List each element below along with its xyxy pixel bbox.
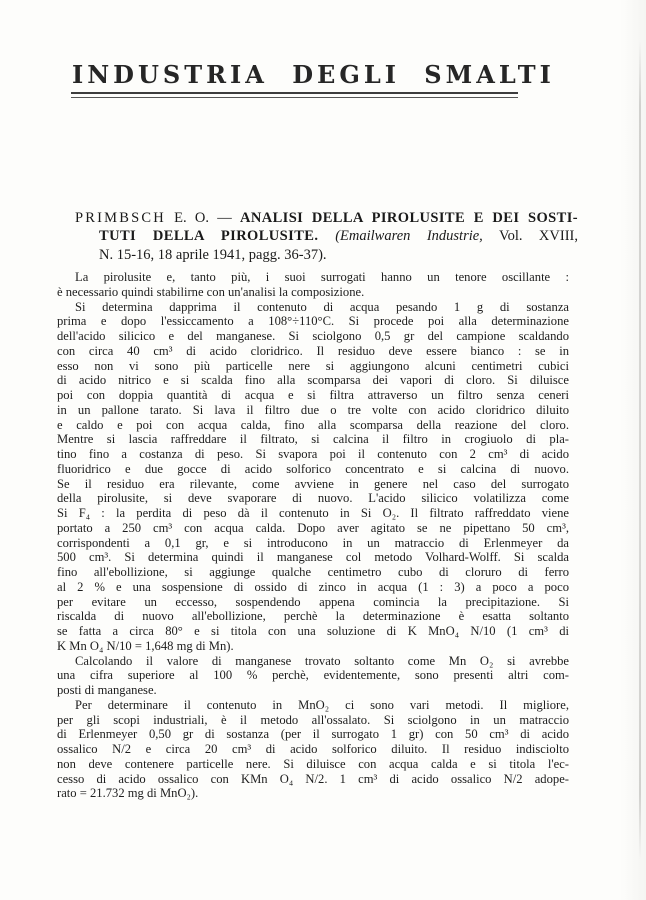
text-line: ossalico N/2 e circa 20 cm³ di acido sol…	[57, 742, 569, 757]
paragraph: Per determinare il contenuto in MnO₂ ci …	[57, 698, 569, 801]
text-line: poi con doppia quantità di acqua e si fi…	[57, 388, 569, 403]
text-line: di acido nitrico e si scalda fino alla s…	[57, 373, 569, 388]
reference-text-segment: PRIMBSCH	[75, 210, 166, 226]
text-line: in un pallone tarato. Si lava il filtro …	[57, 403, 569, 418]
reference-text-segment: E. O. —	[166, 210, 240, 226]
text-line: Se il residuo era rilevante, come avvien…	[57, 477, 569, 492]
text-line: se fatta a circa 80° e si titola con una…	[57, 624, 569, 639]
text-line: Calcolando il valore di manganese trovat…	[57, 654, 569, 669]
text-line: è necessario quindi stabilirne con un'an…	[57, 285, 569, 300]
text-line: fino all'ebollizione, si aggiunge qualch…	[57, 565, 569, 580]
text-line: della pirolusite, si deve svaporare di n…	[57, 491, 569, 506]
text-line: dell'acido silicico e del manganese. Si …	[57, 329, 569, 344]
text-line: Si determina dapprima il contenuto di ac…	[57, 300, 569, 315]
text-line: con circa 40 cm³ di acido cloridrico. Il…	[57, 344, 569, 359]
text-line: fluoridrico e due gocce di acido solfori…	[57, 462, 569, 477]
text-line: tino fino a costanza di peso. Si svapora…	[57, 447, 569, 462]
reference-line: N. 15-16, 18 aprile 1941, pagg. 36-37).	[75, 246, 578, 264]
scan-edge-artifact	[639, 40, 641, 860]
text-line: non deve contenere particelle nere. Si d…	[57, 757, 569, 772]
reference-line: PRIMBSCH E. O. — ANALISI DELLA PIROLUSIT…	[75, 209, 578, 227]
reference-text-segment: Vol. XVIII,	[483, 228, 578, 244]
paragraph: Si determina dapprima il contenuto di ac…	[57, 300, 569, 654]
text-line: prima e dopo l'essiccamento a 108°÷110°C…	[57, 314, 569, 329]
article-reference: PRIMBSCH E. O. — ANALISI DELLA PIROLUSIT…	[75, 209, 578, 264]
text-line: 500 cm³. Si determina quindi il manganes…	[57, 550, 569, 565]
text-line: La pirolusite e, tanto più, i suoi surro…	[57, 270, 569, 285]
title-double-rule	[71, 92, 518, 98]
text-line: per evitare un eccesso, sospendendo appe…	[57, 595, 569, 610]
journal-title: INDUSTRIA DEGLI SMALTI	[72, 60, 518, 89]
text-line: una cifra superiore al 100 % perchè, evi…	[57, 668, 569, 683]
scanned-page: INDUSTRIA DEGLI SMALTI PRIMBSCH E. O. — …	[0, 0, 646, 900]
text-line: Si F₄ : la perdita di peso dà il contenu…	[57, 506, 569, 521]
text-line: riscalda di nuovo all'ebollizione, perch…	[57, 609, 569, 624]
reference-text-segment: TUTI DELLA PIROLUSITE.	[99, 228, 335, 244]
reference-line: TUTI DELLA PIROLUSITE. (Emailwaren Indus…	[75, 227, 578, 245]
text-line: portato a 250 cm³ con acqua calda. Dopo …	[57, 521, 569, 536]
reference-text-segment: (Emailwaren Industrie,	[335, 228, 483, 244]
text-line: K Mn O₄ N/10 = 1,648 mg di Mn).	[57, 639, 569, 654]
text-line: di Erlenmeyer 0,50 gr di sostanza (per i…	[57, 727, 569, 742]
text-line: esso non vi sono più particelle nere si …	[57, 359, 569, 374]
text-line: cesso di acido ossalico con KMn O₄ N/2. …	[57, 772, 569, 787]
text-line: rato = 21.732 mg di MnO₂).	[57, 786, 569, 801]
text-line: al 2 % e una sospensione di ossido di zi…	[57, 580, 569, 595]
reference-text-segment: N. 15-16, 18 aprile 1941, pagg. 36-37).	[99, 247, 327, 263]
article-body: La pirolusite e, tanto più, i suoi surro…	[57, 270, 569, 801]
paragraph: La pirolusite e, tanto più, i suoi surro…	[57, 270, 569, 300]
text-line: Per determinare il contenuto in MnO₂ ci …	[57, 698, 569, 713]
reference-text-segment: ANALISI DELLA PIROLUSITE E DEI SOSTI-	[240, 210, 578, 226]
text-line: posti di manganese.	[57, 683, 569, 698]
text-line: e caldo e poi con acqua calda, fino alla…	[57, 418, 569, 433]
text-line: corrispondenti a 0,1 gr, e si introducon…	[57, 536, 569, 551]
text-line: per gli scopi industriali, è il metodo a…	[57, 713, 569, 728]
text-line: Mentre si lascia raffreddare il filtrato…	[57, 432, 569, 447]
paragraph: Calcolando il valore di manganese trovat…	[57, 654, 569, 698]
